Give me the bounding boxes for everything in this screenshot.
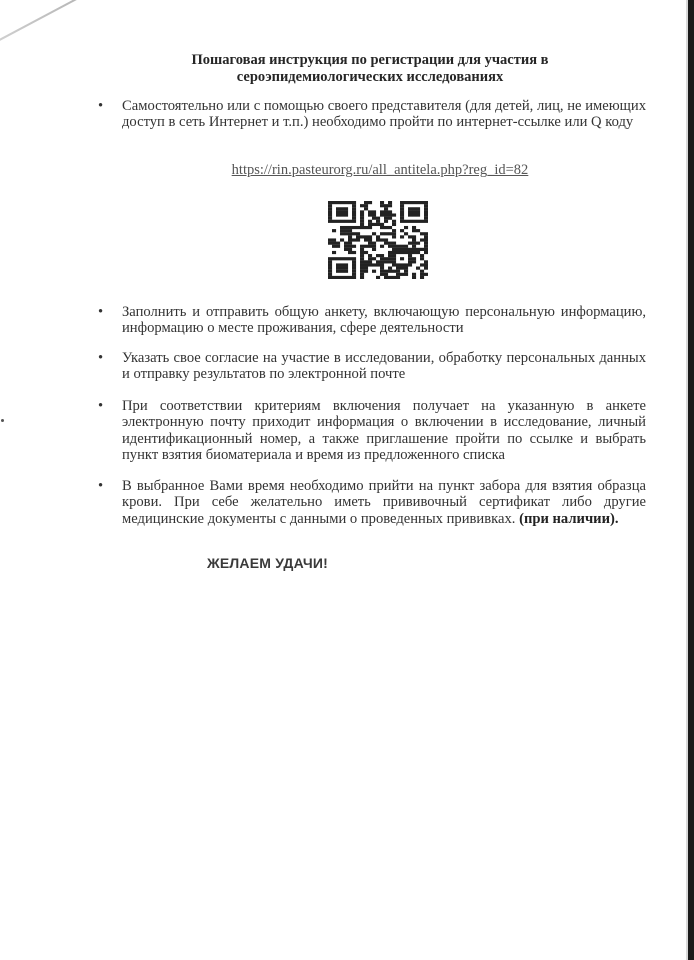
scan-fold-line <box>0 0 158 46</box>
list-item-text-bold: (при наличии) <box>519 511 615 527</box>
list-item: • В выбранное Вами время необходимо прий… <box>98 478 646 527</box>
title-line-1: Пошаговая инструкция по регистрации для … <box>160 52 580 69</box>
list-item: • При соответствии критериям включения п… <box>98 398 646 464</box>
title-line-2: сероэпидемиологических исследованиях <box>160 69 580 86</box>
list-item-text: При соответствии критериям включения пол… <box>122 398 646 464</box>
qr-code[interactable] <box>328 201 428 279</box>
qr-code-icon <box>328 201 428 279</box>
registration-link[interactable]: https://rin.pasteurorg.ru/all_antitela.p… <box>200 162 560 179</box>
list-item: • Самостоятельно или с помощью своего пр… <box>98 98 646 131</box>
closing-message: ЖЕЛАЕМ УДАЧИ! <box>207 555 328 571</box>
list-item-text: Самостоятельно или с помощью своего пред… <box>122 98 646 131</box>
bullet-icon: • <box>98 304 103 320</box>
list-item-text: Заполнить и отправить общую анкету, вклю… <box>122 304 646 337</box>
scan-edge <box>688 0 694 960</box>
list-item-text: В выбранное Вами время необходимо прийти… <box>122 478 646 527</box>
list-item: • Указать свое согласие на участие в исс… <box>98 350 646 383</box>
bullet-icon: • <box>98 98 103 114</box>
list-item-text-tail: . <box>615 511 619 527</box>
bullet-icon: • <box>98 398 103 414</box>
scan-speck <box>1 419 4 422</box>
list-item: • Заполнить и отправить общую анкету, вк… <box>98 304 646 337</box>
document-title: Пошаговая инструкция по регистрации для … <box>160 52 580 86</box>
bullet-icon: • <box>98 350 103 366</box>
list-item-text: Указать свое согласие на участие в иссле… <box>122 350 646 383</box>
bullet-icon: • <box>98 478 103 494</box>
